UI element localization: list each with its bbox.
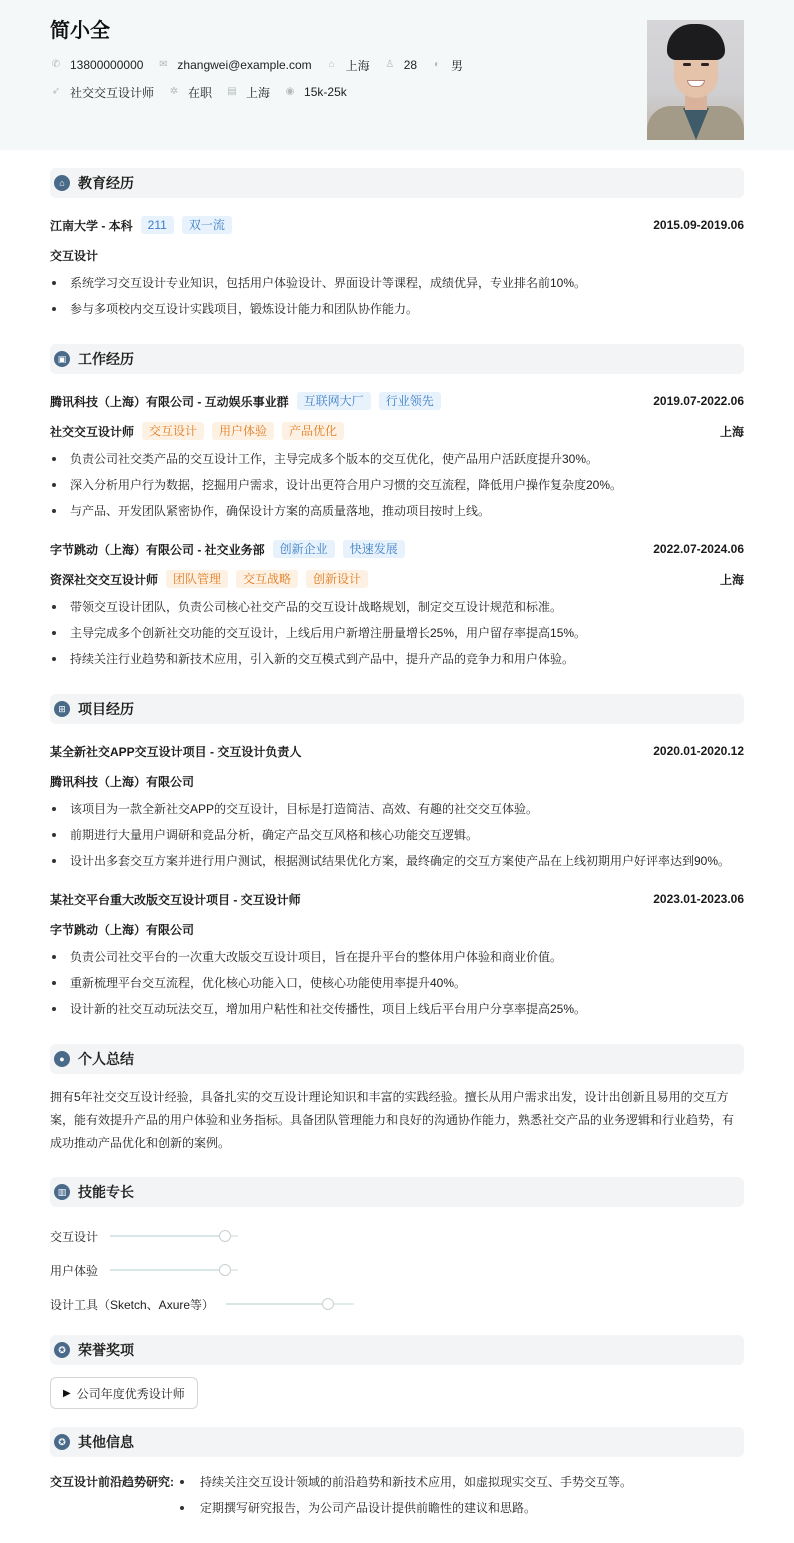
summary-text: 拥有5年社交交互设计经验，具备扎实的交互设计理论知识和丰富的实践经验。擅长从用户…	[50, 1086, 744, 1155]
project-name: 某全新社交APP交互设计项目 - 交互设计负责人	[50, 743, 301, 760]
phone-icon: ✆	[50, 59, 62, 71]
skill-item: 交互设计	[50, 1219, 403, 1253]
projects-section-title: ⊞ 项目经历	[50, 694, 744, 724]
list-item: 负责公司社交类产品的交互设计工作，主导完成多个版本的交互优化，使产品用户活跃度提…	[50, 446, 744, 472]
work-date: 2019.07-2022.06	[653, 394, 744, 408]
project-date: 2023.01-2023.06	[653, 892, 744, 906]
education-section: ⌂ 教育经历 江南大学 - 本科 211 双一流 2015.09-2019.06…	[50, 168, 744, 322]
education-entry: 江南大学 - 本科 211 双一流 2015.09-2019.06 交互设计 系…	[50, 210, 744, 322]
role-tag: 创新设计	[306, 570, 368, 588]
job-role: 社交交互设计师	[50, 423, 134, 440]
list-item: 定期撰写研究报告，为公司产品设计提供前瞻性的建议和思路。	[178, 1495, 632, 1521]
list-item: 主导完成多个创新社交功能的交互设计，上线后用户新增注册量增长25%，用户留存率提…	[50, 620, 744, 646]
home-icon: ⌂	[326, 59, 338, 71]
play-triangle-icon: ▶	[63, 1388, 71, 1399]
award-label: 公司年度优秀设计师	[77, 1385, 185, 1402]
awards-section-title: ✪ 荣誉奖项	[50, 1335, 744, 1365]
skill-level-bar	[226, 1303, 354, 1305]
list-item: 参与多项校内交互设计实践项目，锻炼设计能力和团队协作能力。	[50, 296, 744, 322]
awards-title-text: 荣誉奖项	[78, 1340, 134, 1360]
skill-item: 设计工具（Sketch、Axure等）	[50, 1287, 403, 1321]
summary-section: ● 个人总结 拥有5年社交交互设计经验，具备扎实的交互设计理论知识和丰富的实践经…	[50, 1044, 744, 1155]
school-name: 江南大学 - 本科	[50, 217, 133, 234]
list-item: 持续关注行业趋势和新技术应用，引入新的交互模式到产品中，提升产品的竞争力和用户体…	[50, 646, 744, 672]
project-date: 2020.01-2020.12	[653, 744, 744, 758]
graduation-cap-icon: ⌂	[54, 175, 70, 191]
skill-level-bar	[110, 1269, 238, 1271]
project-entry: 某社交平台重大改版交互设计项目 - 交互设计师 2023.01-2023.06 …	[50, 884, 744, 1022]
job-intent-row: ➶ 社交交互设计师 ✲ 在职 ▤ 上海 ◉ 15k-25k	[50, 84, 744, 100]
briefcase-icon: ▣	[54, 351, 70, 367]
resume-header: 简小全 ✆ 13800000000 ✉ zhangwei@example.com…	[0, 0, 794, 150]
project-company: 字节跳动（上海）有限公司	[50, 921, 194, 938]
gender-item: ◐ 男	[431, 57, 463, 74]
list-item: 前期进行大量用户调研和竞品分析，确定产品交互风格和核心功能交互逻辑。	[50, 822, 744, 848]
projects-title-text: 项目经历	[78, 699, 134, 719]
send-icon: ➶	[50, 86, 62, 98]
target-city-value: 上海	[246, 84, 270, 101]
age-item: ♙ 28	[384, 58, 417, 72]
other-section: ✪ 其他信息 交互设计前沿趋势研究: 持续关注交互设计领域的前沿趋势和新技术应用…	[50, 1427, 744, 1521]
other-bullets: 持续关注交互设计领域的前沿趋势和新技术应用，如虚拟现实交互、手势交互等。 定期撰…	[178, 1469, 632, 1521]
school-tag: 双一流	[182, 216, 232, 234]
status-icon: ✲	[168, 86, 180, 98]
school-tag: 211	[141, 216, 174, 234]
work-date: 2022.07-2024.06	[653, 542, 744, 556]
age-value: 28	[404, 58, 417, 72]
skill-level-knob	[322, 1298, 334, 1310]
project-bullets: 该项目为一款全新社交APP的交互设计，目标是打造简洁、高效、有趣的社交交互体验。…	[50, 796, 744, 874]
user-icon: ●	[54, 1051, 70, 1067]
list-item: 重新梳理平台交互流程，优化核心功能入口，使核心功能使用率提升40%。	[50, 970, 744, 996]
education-title-text: 教育经历	[78, 173, 134, 193]
other-title-text: 其他信息	[78, 1432, 134, 1452]
company-tag: 互联网大厂	[297, 392, 371, 410]
list-item: 持续关注交互设计领域的前沿趋势和新技术应用，如虚拟现实交互、手势交互等。	[178, 1469, 632, 1495]
skill-item: 用户体验	[50, 1253, 403, 1287]
company-tag: 行业领先	[379, 392, 441, 410]
phone-value: 13800000000	[70, 58, 143, 72]
list-item: 系统学习交互设计专业知识，包括用户体验设计、界面设计等课程，成绩优异，专业排名前…	[50, 270, 744, 296]
skills-section: ▥ 技能专长 交互设计 用户体验	[50, 1177, 744, 1321]
work-title-text: 工作经历	[78, 349, 134, 369]
work-location: 上海	[720, 571, 744, 588]
role-tag: 交互战略	[236, 570, 298, 588]
contact-row: ✆ 13800000000 ✉ zhangwei@example.com ⌂ 上…	[50, 57, 744, 73]
role-tag: 用户体验	[212, 422, 274, 440]
bar-chart-icon: ▥	[54, 1184, 70, 1200]
list-item: 与产品、开发团队紧密协作，确保设计方案的高质量落地，推动项目按时上线。	[50, 498, 744, 524]
skill-level-knob	[219, 1264, 231, 1276]
role-tag: 交互设计	[142, 422, 204, 440]
list-item: 负责公司社交平台的一次重大改版交互设计项目，旨在提升平台的整体用户体验和商业价值…	[50, 944, 744, 970]
projects-section: ⊞ 项目经历 某全新社交APP交互设计项目 - 交互设计负责人 2020.01-…	[50, 694, 744, 1022]
other-item: 交互设计前沿趋势研究: 持续关注交互设计领域的前沿趋势和新技术应用，如虚拟现实交…	[50, 1469, 744, 1521]
candidate-name: 简小全	[50, 18, 744, 44]
company-tag: 创新企业	[273, 540, 335, 558]
skills-title-text: 技能专长	[78, 1182, 134, 1202]
gender-icon: ◐	[431, 59, 443, 71]
salary-item: ◉ 15k-25k	[284, 85, 347, 99]
company-name: 字节跳动（上海）有限公司 - 社交业务部	[50, 541, 265, 558]
work-entry: 腾讯科技（上海）有限公司 - 互动娱乐事业群 互联网大厂 行业领先 2019.0…	[50, 386, 744, 524]
awards-section: ✪ 荣誉奖项 ▶ 公司年度优秀设计师	[50, 1335, 744, 1409]
resume-page: 简小全 ✆ 13800000000 ✉ zhangwei@example.com…	[0, 0, 794, 1521]
skills-section-title: ▥ 技能专长	[50, 1177, 744, 1207]
role-tag: 产品优化	[282, 422, 344, 440]
job-role: 资深社交交互设计师	[50, 571, 158, 588]
job-status-value: 在职	[188, 84, 212, 101]
grid-icon: ⊞	[54, 701, 70, 717]
avatar-photo	[647, 20, 744, 140]
list-item: 设计新的社交互动玩法交互，增加用户粘性和社交传播性，项目上线后平台用户分享率提高…	[50, 996, 744, 1022]
project-bullets: 负责公司社交平台的一次重大改版交互设计项目，旨在提升平台的整体用户体验和商业价值…	[50, 944, 744, 1022]
work-section: ▣ 工作经历 腾讯科技（上海）有限公司 - 互动娱乐事业群 互联网大厂 行业领先…	[50, 344, 744, 672]
work-section-title: ▣ 工作经历	[50, 344, 744, 374]
age-icon: ♙	[384, 59, 396, 71]
work-location: 上海	[720, 423, 744, 440]
salary-value: 15k-25k	[304, 85, 347, 99]
other-section-title: ✪ 其他信息	[50, 1427, 744, 1457]
skill-label: 设计工具（Sketch、Axure等）	[50, 1296, 214, 1313]
email-item: ✉ zhangwei@example.com	[157, 58, 311, 72]
other-item-label: 交互设计前沿趋势研究:	[50, 1469, 178, 1495]
skill-level-bar	[110, 1235, 238, 1237]
skill-level-knob	[219, 1230, 231, 1242]
skills-list: 交互设计 用户体验 设计工具（Sketch、Axure等）	[50, 1219, 744, 1321]
summary-section-title: ● 个人总结	[50, 1044, 744, 1074]
target-position-value: 社交交互设计师	[70, 84, 154, 101]
phone-item: ✆ 13800000000	[50, 58, 143, 72]
target-position-item: ➶ 社交交互设计师	[50, 84, 154, 101]
mail-icon: ✉	[157, 59, 169, 71]
list-item: 该项目为一款全新社交APP的交互设计，目标是打造简洁、高效、有趣的社交交互体验。	[50, 796, 744, 822]
target-city-item: ▤ 上海	[226, 84, 270, 101]
education-section-title: ⌂ 教育经历	[50, 168, 744, 198]
award-item[interactable]: ▶ 公司年度优秀设计师	[50, 1377, 198, 1409]
major: 交互设计	[50, 247, 98, 264]
work-bullets: 负责公司社交类产品的交互设计工作，主导完成多个版本的交互优化，使产品用户活跃度提…	[50, 446, 744, 524]
company-name: 腾讯科技（上海）有限公司 - 互动娱乐事业群	[50, 393, 289, 410]
award-icon: ✪	[54, 1434, 70, 1450]
salary-icon: ◉	[284, 86, 296, 98]
work-bullets: 带领交互设计团队，负责公司核心社交产品的交互设计战略规划，制定交互设计规范和标准…	[50, 594, 744, 672]
email-value: zhangwei@example.com	[177, 58, 311, 72]
project-name: 某社交平台重大改版交互设计项目 - 交互设计师	[50, 891, 301, 908]
education-bullets: 系统学习交互设计专业知识，包括用户体验设计、界面设计等课程，成绩优异，专业排名前…	[50, 270, 744, 322]
project-entry: 某全新社交APP交互设计项目 - 交互设计负责人 2020.01-2020.12…	[50, 736, 744, 874]
skill-label: 用户体验	[50, 1262, 98, 1279]
role-tag: 团队管理	[166, 570, 228, 588]
summary-title-text: 个人总结	[78, 1049, 134, 1069]
location-value: 上海	[346, 57, 370, 74]
list-item: 深入分析用户行为数据，挖掘用户需求，设计出更符合用户习惯的交互流程，降低用户操作…	[50, 472, 744, 498]
project-company: 腾讯科技（上海）有限公司	[50, 773, 194, 790]
skill-label: 交互设计	[50, 1228, 98, 1245]
work-entry: 字节跳动（上海）有限公司 - 社交业务部 创新企业 快速发展 2022.07-2…	[50, 534, 744, 672]
award-icon: ✪	[54, 1342, 70, 1358]
list-item: 带领交互设计团队，负责公司核心社交产品的交互设计战略规划，制定交互设计规范和标准…	[50, 594, 744, 620]
job-status-item: ✲ 在职	[168, 84, 212, 101]
education-date: 2015.09-2019.06	[653, 218, 744, 232]
building-icon: ▤	[226, 86, 238, 98]
resume-content: ⌂ 教育经历 江南大学 - 本科 211 双一流 2015.09-2019.06…	[0, 150, 794, 1521]
company-tag: 快速发展	[343, 540, 405, 558]
location-item: ⌂ 上海	[326, 57, 370, 74]
gender-value: 男	[451, 57, 463, 74]
list-item: 设计出多套交互方案并进行用户测试，根据测试结果优化方案，最终确定的交互方案使产品…	[50, 848, 744, 874]
